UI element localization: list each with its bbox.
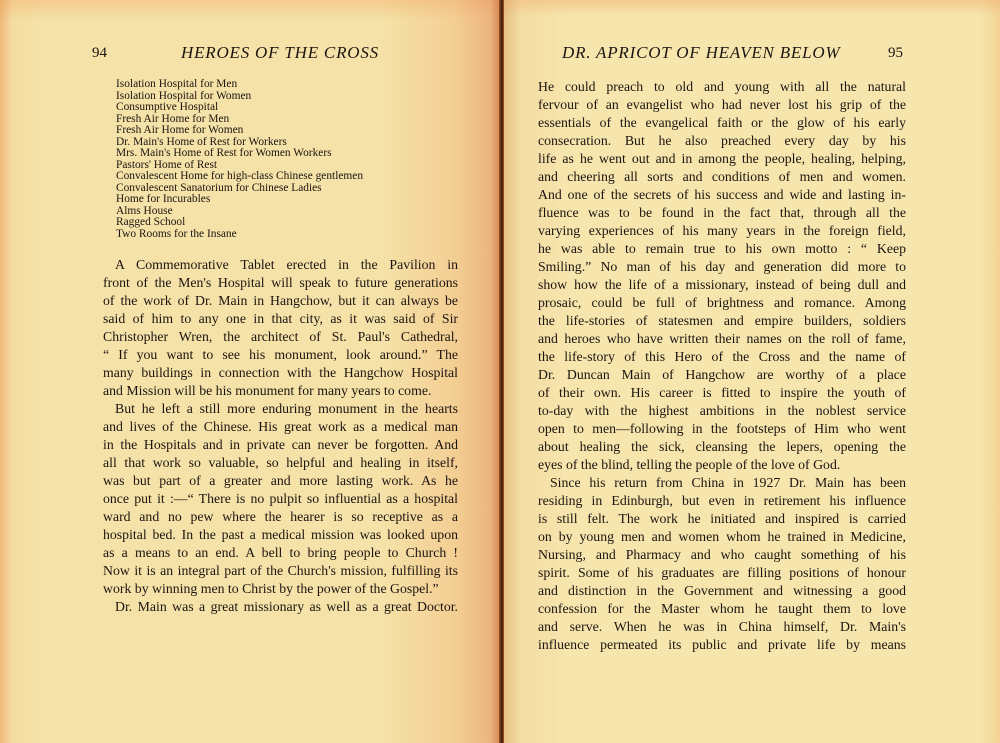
text-line: And one of the secrets of his success an…	[538, 186, 906, 204]
text-line: to-day with the highest ambitions in the…	[538, 402, 906, 420]
text-line: influence permeated its public and priva…	[538, 636, 906, 654]
text-line: as a means to an end. A bell to bring pe…	[103, 544, 458, 562]
list-item: Isolation Hospital for Men	[116, 79, 363, 91]
body-paragraph: Dr. Main was a great missionary as well …	[103, 598, 458, 616]
text-line: Nursing, and Pharmacy and who caught som…	[538, 546, 906, 564]
left-page: 94 HEROES OF THE CROSS Isolation Hospita…	[0, 0, 501, 743]
text-line: is still felt. The work he initiated and…	[538, 510, 906, 528]
list-item: Fresh Air Home for Women	[116, 125, 363, 137]
text-line: residing in Edinburgh, but even in retir…	[538, 492, 906, 510]
text-line: But he left a still more enduring monume…	[103, 400, 458, 418]
text-line: work by winning men to Christ by the pow…	[103, 580, 458, 598]
text-line: the life-story of this Hero of the Cross…	[538, 348, 906, 366]
institutions-list: Isolation Hospital for Men Isolation Hos…	[116, 79, 363, 240]
text-line: on by young men and women whom he traine…	[538, 528, 906, 546]
text-line: spirit. Some of his graduates are fillin…	[538, 564, 906, 582]
text-line: the life-stories of statesmen and empire…	[538, 312, 906, 330]
text-line: open to men—following in the footsteps o…	[538, 420, 906, 438]
text-line: Christopher Wren, the architect of St. P…	[103, 328, 458, 346]
list-item: Consumptive Hospital	[116, 102, 363, 114]
text-line: show how the life of a missionary, inste…	[538, 276, 906, 294]
text-line: consecration. But he also preached every…	[538, 132, 906, 150]
text-line: confession for the Master whom he taught…	[538, 600, 906, 618]
text-line: of their own. His career is fitted to in…	[538, 384, 906, 402]
text-line: all that work so valuable, so helpful an…	[103, 454, 458, 472]
text-line: “ If you want to see his monument, look …	[103, 346, 458, 364]
text-line: and Mission will be his monument for man…	[103, 382, 458, 400]
body-paragraph: He could preach to old and young with al…	[538, 78, 906, 474]
book-spread: 94 HEROES OF THE CROSS Isolation Hospita…	[0, 0, 1000, 743]
running-head: HEROES OF THE CROSS	[181, 43, 379, 63]
page-number: 95	[888, 45, 903, 62]
text-line: he was able to remain true to his own mo…	[538, 240, 906, 258]
text-line: and distinction in the Government and wi…	[538, 582, 906, 600]
text-line: many buildings in connection with the Ha…	[103, 364, 458, 382]
running-head: DR. APRICOT OF HEAVEN BELOW	[562, 43, 840, 63]
text-line: varying experiences of his many years in…	[538, 222, 906, 240]
list-item: Convalescent Home for high-class Chinese…	[116, 171, 363, 183]
text-line: of the work of Dr. Main in Hangchow, but…	[103, 292, 458, 310]
text-line: Dr. Duncan Main of Hangchow are worthy o…	[538, 366, 906, 384]
text-line: Dr. Main was a great missionary as well …	[103, 598, 458, 616]
text-line: eyes of the blind, telling the people of…	[538, 456, 906, 474]
list-item: Two Rooms for the Insane	[116, 229, 363, 241]
text-line: A Commemorative Tablet erected in the Pa…	[103, 256, 458, 274]
body-paragraph: Since his return from China in 1927 Dr. …	[538, 474, 906, 654]
body-paragraph: But he left a still more enduring monume…	[103, 400, 458, 598]
text-line: Smiling.” No man of his day and generati…	[538, 258, 906, 276]
text-line: Since his return from China in 1927 Dr. …	[538, 474, 906, 492]
text-line: Now it is an integral part of the Church…	[103, 562, 458, 580]
list-item: Home for Incurables	[116, 194, 363, 206]
page-number: 94	[92, 45, 107, 62]
text-line: and cheering all sorts and conditions of…	[538, 168, 906, 186]
text-line: and serve. When he was in China himself,…	[538, 618, 906, 636]
text-line: ward and no pew where the hearer is so r…	[103, 508, 458, 526]
text-line: fluence was to be found in the fact that…	[538, 204, 906, 222]
text-line: front of the Men's Hospital will speak t…	[103, 274, 458, 292]
text-line: life as he went out and in among the peo…	[538, 150, 906, 168]
text-line: once put it :—“ There is no pulpit so in…	[103, 490, 458, 508]
text-line: and lives of the Chinese. His great work…	[103, 418, 458, 436]
text-line: He could preach to old and young with al…	[538, 78, 906, 96]
list-item: Mrs. Main's Home of Rest for Women Worke…	[116, 148, 363, 160]
text-line: prosaic, could be full of brightness and…	[538, 294, 906, 312]
right-page: DR. APRICOT OF HEAVEN BELOW 95 He could …	[504, 0, 1000, 743]
text-line: said of him to any one in that city, as …	[103, 310, 458, 328]
text-line: hospital bed. In the past a medical miss…	[103, 526, 458, 544]
text-line: in the Hospitals and in private can neve…	[103, 436, 458, 454]
list-item: Ragged School	[116, 217, 363, 229]
text-line: about healing the sick, cleansing the le…	[538, 438, 906, 456]
text-line: and heroes who have written their names …	[538, 330, 906, 348]
body-paragraph: A Commemorative Tablet erected in the Pa…	[103, 256, 458, 400]
text-line: was but part of a greater and more lasti…	[103, 472, 458, 490]
text-line: fervour of an evangelist who had never l…	[538, 96, 906, 114]
text-line: essentials of the evangelical faith or t…	[538, 114, 906, 132]
